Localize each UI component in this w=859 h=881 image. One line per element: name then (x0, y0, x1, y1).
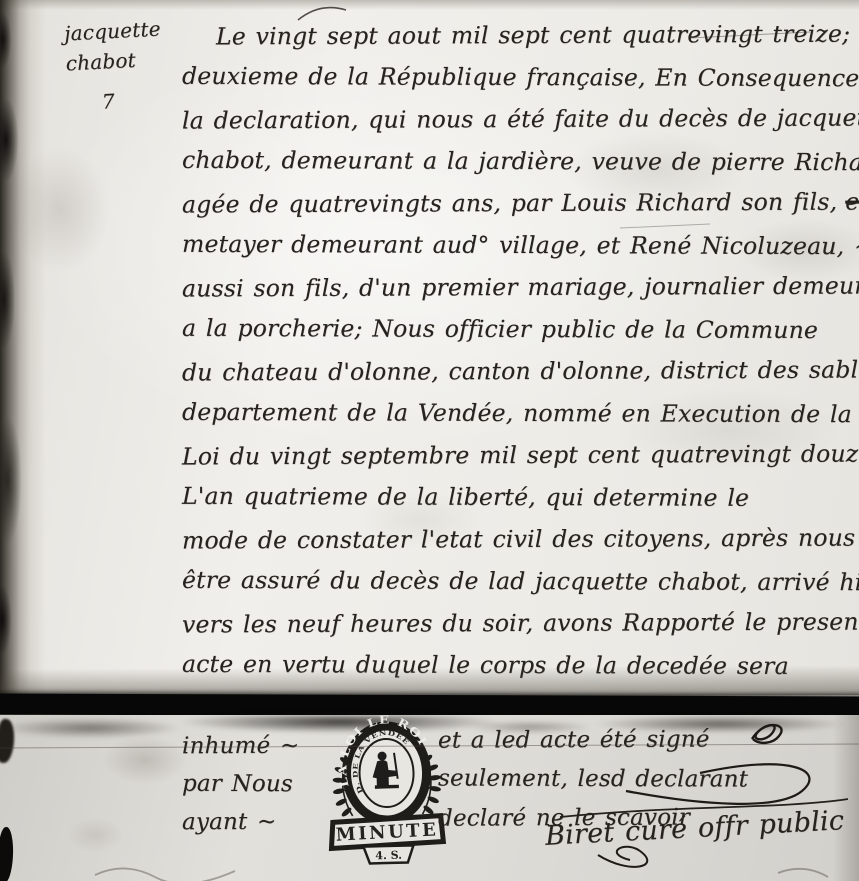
closing-line: ayant ~ (182, 803, 300, 842)
struck-word: et (837, 187, 859, 215)
register-page-recto: jacquette chabot 7 Le vingt sept aout mi… (0, 0, 859, 697)
paraph-flourish (752, 725, 782, 743)
act-line: Loi du vingt septembre mil sept cent qua… (182, 433, 858, 478)
act-line: chabot, demeurant a la jardière, veuve d… (182, 139, 858, 183)
margin-note-name-line1: jacquette (63, 14, 161, 49)
register-page-continuation: inhumé ~ par Nous ayant ~ (0, 715, 859, 881)
act-line: agée de quatrevingts ans, par Louis Rich… (182, 181, 858, 226)
fiscal-stamp: LA LOI LE ROI D. DE LA VENDÉE MINUTE 4. … (320, 713, 454, 868)
binding-torn-edge (0, 718, 16, 763)
closing-line: par Nous (182, 765, 300, 803)
act-line: Le vingt sept aout mil sept cent quatrev… (216, 13, 858, 58)
closing-line: et a led acte été signé (438, 720, 748, 760)
act-line: acte en vertu duquel le corps de la dece… (182, 643, 858, 687)
stamp-banner: MINUTE 4. S. (331, 816, 444, 865)
act-line: mode de constater l'etat civil des citoy… (182, 517, 858, 562)
act-line: departement de la Vendée, nommé en Execu… (182, 391, 858, 435)
act-line: deuxieme de la République française, En … (182, 55, 858, 99)
act-body: Le vingt sept aout mil sept cent quatrev… (182, 14, 858, 686)
act-line-text: agée de quatrevingts ans, par Louis Rich… (182, 188, 837, 219)
act-line: vers les neuf heures du soir, avons Rapp… (182, 601, 858, 646)
act-line: metayer demeurant aud° village, et René … (182, 223, 858, 267)
act-line: être assuré du decès de lad jacquette ch… (182, 559, 858, 603)
margin-note-number: 7 (101, 83, 165, 116)
margin-note: jacquette chabot 7 (63, 14, 165, 119)
act-line: a la porcherie; Nous officier public de … (182, 307, 858, 351)
margin-note-name-line2: chabot (65, 44, 163, 79)
closing-line: seulement, lesd declarant (438, 759, 748, 799)
closing-left-column: inhumé ~ par Nous ayant ~ (182, 727, 299, 841)
stamp-denomination-text: 4. S. (375, 849, 402, 863)
cutoff-line-strokes (95, 868, 235, 881)
act-line: L'an quatrieme de la liberté, qui determ… (182, 475, 858, 519)
scanned-register-page: jacquette chabot 7 Le vingt sept aout mi… (0, 0, 859, 881)
act-line: la declaration, qui nous a été faite du … (182, 97, 858, 142)
signature-flourish (598, 847, 647, 867)
binding-torn-edge (0, 827, 14, 881)
cutoff-line-strokes (778, 869, 828, 877)
act-line: du chateau d'olonne, canton d'olonne, di… (182, 349, 858, 394)
act-line: aussi son fils, d'un premier mariage, jo… (182, 265, 858, 310)
closing-line: inhumé ~ (182, 727, 300, 766)
binding-torn-edge (0, 0, 46, 697)
